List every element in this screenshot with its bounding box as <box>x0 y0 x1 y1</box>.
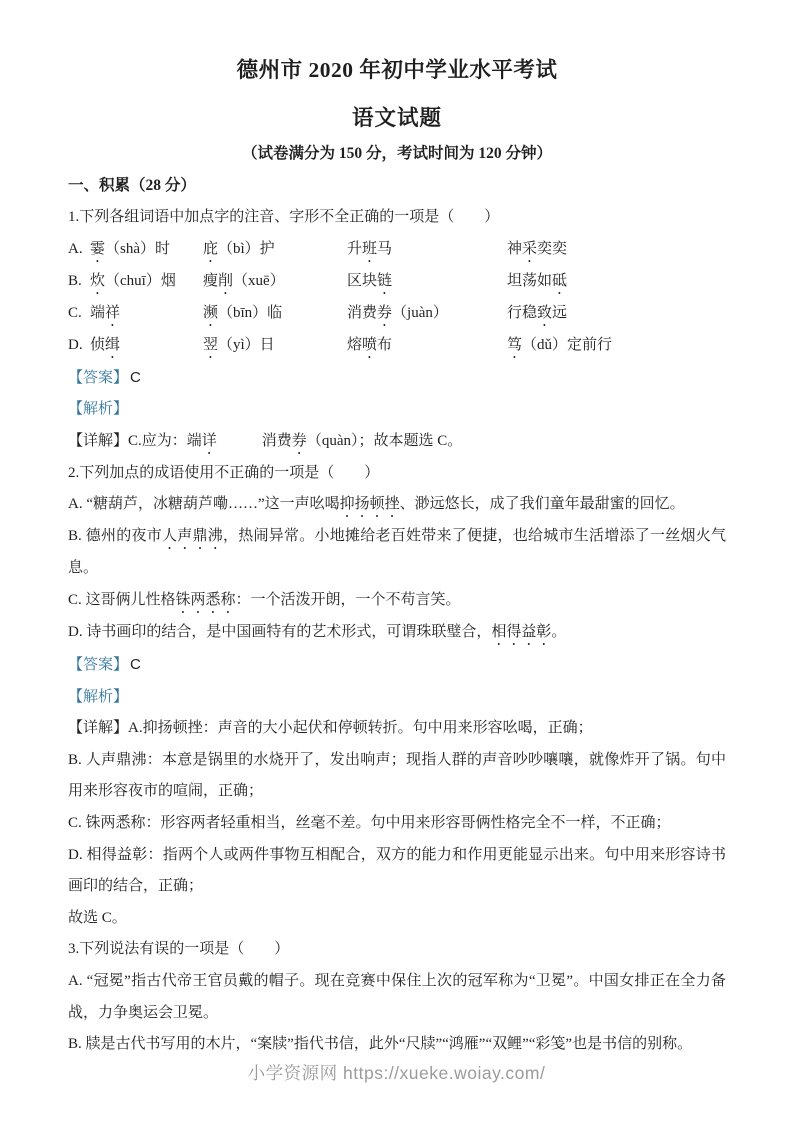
q2-option-b: B. 德州的夜市人声鼎沸，热闹异常。小地摊给老百姓带来了便捷，也给城市生活增添了… <box>68 521 726 585</box>
text-run: B. 德州的夜市 <box>68 528 162 544</box>
emphasized-text: 濒 <box>203 305 218 321</box>
emphasized-text: 炊 <box>90 273 105 289</box>
text-run: 远 <box>552 305 567 321</box>
option-cell: 炊（chuī）烟 <box>90 266 203 298</box>
text-run: （juàn） <box>392 305 448 321</box>
document-blocks: 1.下列各组词语中加点字的注音、字形不全正确的一项是（ ）A.霎（shà）时庇（… <box>68 202 726 1061</box>
text-run: C. 铢两悉称：形容两者轻重相当，丝毫不差。句中用来形容哥俩性格完全不一样，不正… <box>68 815 671 831</box>
document-title: 德州市 2020 年初中学业水平考试 <box>68 52 726 88</box>
q2-detail-c: C. 铢两悉称：形容两者轻重相当，丝毫不差。句中用来形容哥俩性格完全不一样，不正… <box>68 808 726 840</box>
emphasized-text: 喷 <box>362 337 377 353</box>
option-cell: 消费券（juàn） <box>347 298 507 330</box>
text-run: D. 诗书画印的结合，是中国画特有的艺术形式，可谓珠联璧合， <box>68 624 491 640</box>
text-run: B. 人声鼎沸：本意是锅里的水烧开了，发出响声；现指人群的声音吵吵嚷嚷，就像炸开… <box>68 752 726 800</box>
text-run: 坦荡如 <box>507 273 552 289</box>
text-run: （yì）日 <box>218 337 275 353</box>
option-cell: 行稳致远 <box>507 298 726 330</box>
q3-option-a: A. “冠冕”指古代帝王官员戴的帽子。现在竞赛中保住上次的冠军称为“卫冕”。中国… <box>68 966 726 1029</box>
q2-answer: 【答案】C <box>68 649 726 682</box>
emphasized-text: 笃 <box>507 337 522 353</box>
text-run: 故选 C。 <box>68 910 127 926</box>
text-run: （shà）时 <box>105 241 170 257</box>
text-run: 布 <box>377 337 392 353</box>
option-cell: 霎（shà）时 <box>90 234 203 266</box>
analysis-bracket-label: 【解析】 <box>68 401 128 417</box>
text-run: D. 相得益彰：指两个人或两件事物互相配合，双方的能力和作用更能显示出来。句中用… <box>68 847 726 895</box>
emphasized-text: 相得益彰 <box>491 624 551 640</box>
emphasized-text: 券 <box>377 305 392 321</box>
section-heading: 一、积累（28 分） <box>68 171 726 201</box>
text-run: 侦 <box>90 337 105 353</box>
q2-conclusion: 故选 C。 <box>68 903 726 935</box>
analysis-bracket-label: 【解析】 <box>68 689 128 705</box>
emphasized-text: 砥 <box>552 273 567 289</box>
emphasized-text: 券 <box>292 433 307 449</box>
text-run: A. “冠冕”指古代帝王官员戴的帽子。现在竞赛中保住上次的冠军称为“卫冕”。中国… <box>68 973 726 1021</box>
document-page: 德州市 2020 年初中学业水平考试 语文试题 （试卷满分为 150 分，考试时… <box>0 0 793 1122</box>
q2-detail-a: 【详解】A.抑扬顿挫：声音的大小起伏和停顿转折。句中用来形容吆喝，正确； <box>68 713 726 745</box>
option-cell: 端祥 <box>90 298 203 330</box>
option-cell: 坦荡如砥 <box>507 266 726 298</box>
option-cell: 翌（yì）日 <box>203 330 347 362</box>
q1-options-row-c: C.端祥濒（bīn）临消费券（juàn）行稳致远 <box>68 298 726 330</box>
emphasized-text: 铢两悉称 <box>176 592 236 608</box>
q1-analysis: 【解析】 <box>68 394 726 426</box>
q2-detail-d: D. 相得益彰：指两个人或两件事物互相配合，双方的能力和作用更能显示出来。句中用… <box>68 840 726 903</box>
emphasized-text: 详 <box>202 433 217 449</box>
text-run: C. 这哥俩儿性格 <box>68 592 176 608</box>
text-run: （dǔ）定前行 <box>522 337 612 353</box>
text-run: 。 <box>551 624 566 640</box>
q1-options-row-a: A.霎（shà）时庇（bì）护升班马神采奕奕 <box>68 234 726 266</box>
q1-stem: 1.下列各组词语中加点字的注音、字形不全正确的一项是（ ） <box>68 202 726 234</box>
option-label: B. <box>68 266 90 298</box>
text-run: （chuī）烟 <box>105 273 176 289</box>
option-label: D. <box>68 330 90 362</box>
text-run: 区块 <box>347 273 377 289</box>
emphasized-text: 人声鼎沸 <box>162 528 223 544</box>
watermark-footer: 小学资源网 https://xueke.woiay.com/ <box>0 1060 793 1085</box>
text-run: （quàn）；故本题选 C。 <box>307 433 462 449</box>
option-cell: 侦缉 <box>90 330 203 362</box>
emphasized-text: 抑扬顿挫 <box>340 496 400 512</box>
text-run: B. 牍是古代书写用的木片，“案牍”指代书信，此外“尺牍”“鸿雁”“双鲤”“彩笺… <box>68 1036 692 1052</box>
text-run: 【详解】C.应为：端 <box>68 433 202 449</box>
q2-option-c: C. 这哥俩儿性格铢两悉称：一个活泼开朗，一个不苟言笑。 <box>68 585 726 617</box>
option-cell: 庇（bì）护 <box>203 234 347 266</box>
q1-answer: 【答案】C <box>68 362 726 395</box>
page-content: 德州市 2020 年初中学业水平考试 语文试题 （试卷满分为 150 分，考试时… <box>0 0 793 1061</box>
emphasized-text: 祥 <box>105 305 120 321</box>
emphasized-text: 采 <box>522 241 537 257</box>
option-cell: 神采奕奕 <box>507 234 726 266</box>
emphasized-text: 翌 <box>203 337 218 353</box>
option-cell: 笃（dǔ）定前行 <box>507 330 726 362</box>
option-label: A. <box>68 234 90 266</box>
emphasized-text: 链 <box>377 273 392 289</box>
emphasized-text: 削 <box>218 273 233 289</box>
emphasized-text: 班 <box>362 241 377 257</box>
text-run: 端 <box>90 305 105 321</box>
q1-options-row-b: B.炊（chuī）烟瘦削（xuē）区块链坦荡如砥 <box>68 266 726 298</box>
emphasized-text: 缉 <box>105 337 120 353</box>
q2-option-d: D. 诗书画印的结合，是中国画特有的艺术形式，可谓珠联璧合，相得益彰。 <box>68 617 726 649</box>
emphasized-text: 庇 <box>203 241 218 257</box>
text-run: 马 <box>377 241 392 257</box>
emphasized-text: 致 <box>537 305 552 321</box>
text-run: 熔 <box>347 337 362 353</box>
text-run: （xuē） <box>233 273 285 289</box>
exam-info: （试卷满分为 150 分，考试时间为 120 分钟） <box>68 139 726 169</box>
text-run: A. “糖葫芦，冰糖葫芦嘞……”这一声吆喝 <box>68 496 340 512</box>
answer-value: C <box>128 656 141 673</box>
q2-analysis: 【解析】 <box>68 682 726 714</box>
text-run: 瘦 <box>203 273 218 289</box>
text-run: 升 <box>347 241 362 257</box>
text-run: 消费 <box>347 305 377 321</box>
q3-stem: 3.下列说法有误的一项是（ ） <box>68 934 726 966</box>
q1-options-row-d: D.侦缉翌（yì）日熔喷布笃（dǔ）定前行 <box>68 330 726 362</box>
text-run: 行稳 <box>507 305 537 321</box>
option-cell: 瘦削（xuē） <box>203 266 347 298</box>
text-run: （bīn）临 <box>218 305 282 321</box>
text-run: 奕奕 <box>537 241 567 257</box>
q2-detail-b: B. 人声鼎沸：本意是锅里的水烧开了，发出响声；现指人群的声音吵吵嚷嚷，就像炸开… <box>68 745 726 808</box>
text-run: 消费 <box>217 433 292 449</box>
option-cell: 区块链 <box>347 266 507 298</box>
document-subtitle: 语文试题 <box>68 100 726 136</box>
option-cell: 濒（bīn）临 <box>203 298 347 330</box>
text-run: （bì）护 <box>218 241 275 257</box>
text-run: ：一个活泼开朗，一个不苟言笑。 <box>236 592 461 608</box>
text-run: 【详解】A.抑扬顿挫：声音的大小起伏和停顿转折。句中用来形容吆喝，正确； <box>68 720 593 736</box>
q2-option-a: A. “糖葫芦，冰糖葫芦嘞……”这一声吆喝抑扬顿挫、渺远悠长，成了我们童年最甜蜜… <box>68 489 726 521</box>
option-label: C. <box>68 298 90 330</box>
text-run: 、渺远悠长，成了我们童年最甜蜜的回忆。 <box>400 496 685 512</box>
text-run: 神 <box>507 241 522 257</box>
q3-option-b: B. 牍是古代书写用的木片，“案牍”指代书信，此外“尺牍”“鸿雁”“双鲤”“彩笺… <box>68 1029 726 1061</box>
emphasized-text: 霎 <box>90 241 105 257</box>
answer-bracket-label: 【答案】 <box>68 370 128 386</box>
answer-value: C <box>128 369 141 386</box>
q2-stem: 2.下列加点的成语使用不正确的一项是（ ） <box>68 458 726 490</box>
q1-detail: 【详解】C.应为：端详 消费券（quàn）；故本题选 C。 <box>68 426 726 458</box>
option-cell: 熔喷布 <box>347 330 507 362</box>
answer-bracket-label: 【答案】 <box>68 657 128 673</box>
option-cell: 升班马 <box>347 234 507 266</box>
